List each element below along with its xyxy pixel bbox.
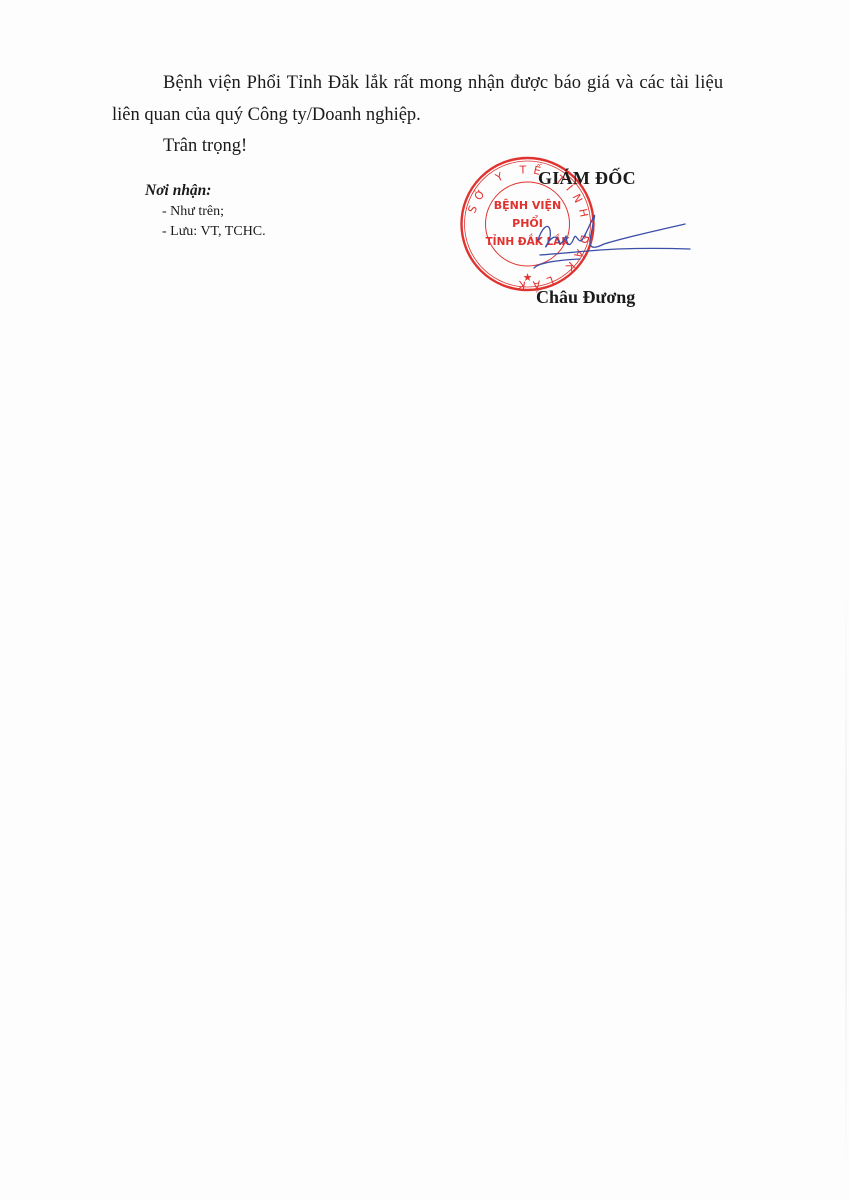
body-line-1: Bệnh viện Phổi Tỉnh Đăk lắk rất mong nhậ… — [163, 68, 723, 98]
signer-name: Châu Đương — [536, 287, 635, 308]
body-line-2: liên quan của quý Công ty/Doanh nghiệp. — [112, 100, 421, 130]
position-title: GIÁM ĐỐC — [538, 168, 636, 189]
scan-edge — [845, 560, 847, 1200]
closing-text: Trân trọng! — [163, 131, 247, 161]
document-page: Bệnh viện Phổi Tỉnh Đăk lắk rất mong nhậ… — [0, 0, 849, 1200]
recipients-title: Nơi nhận: — [145, 180, 266, 202]
recipients-block: Nơi nhận: - Như trên; - Lưu: VT, TCHC. — [145, 180, 266, 242]
recipient-item: - Như trên; — [145, 202, 266, 222]
handwritten-signature — [520, 210, 695, 275]
recipient-item: - Lưu: VT, TCHC. — [145, 222, 266, 242]
